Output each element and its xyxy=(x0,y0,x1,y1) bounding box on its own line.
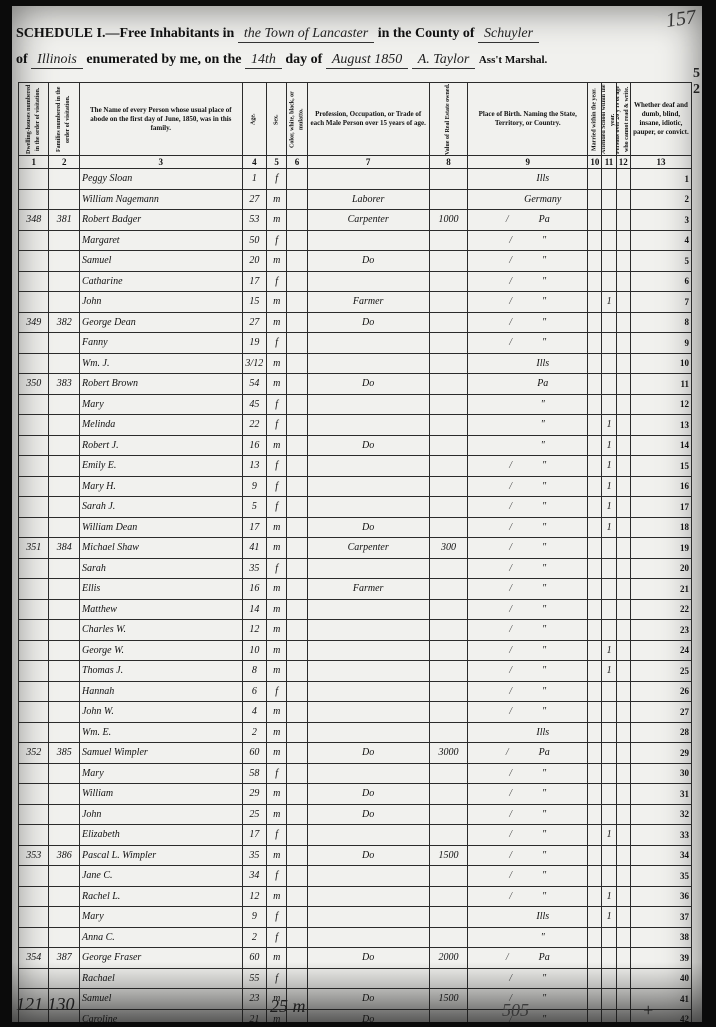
row-real-estate xyxy=(429,435,468,456)
row-occupation xyxy=(307,722,429,743)
check-mark: / xyxy=(509,686,512,697)
row-color xyxy=(287,230,307,251)
line-number: 15 xyxy=(680,461,689,471)
row-dwelling-number xyxy=(19,907,49,928)
row-occupation: Do xyxy=(307,312,429,333)
table-row: 350383Robert Brown54mDoPa11 xyxy=(19,374,692,395)
row-person-name: William Dean xyxy=(79,517,242,538)
check-mark: / xyxy=(509,337,512,348)
row-occupation: Do xyxy=(307,743,429,764)
row-dwelling-number xyxy=(19,517,49,538)
row-age: 10 xyxy=(242,640,266,661)
check-mark: / xyxy=(509,665,512,676)
row-color xyxy=(287,558,307,579)
row-occupation xyxy=(307,271,429,292)
row-illiterate xyxy=(616,189,630,210)
schedule-label: SCHEDULE I.—Free Inhabitants in xyxy=(16,26,234,41)
row-real-estate xyxy=(429,1009,468,1022)
row-condition: 7 xyxy=(630,292,691,313)
row-person-name: Elizabeth xyxy=(79,825,242,846)
line-number: 12 xyxy=(680,399,689,409)
row-birthplace: " xyxy=(468,435,588,456)
row-school xyxy=(602,845,616,866)
row-married xyxy=(588,640,602,661)
row-age: 29 xyxy=(242,784,266,805)
enumerator-value: A. Taylor xyxy=(412,52,476,69)
row-condition: 36 xyxy=(630,886,691,907)
row-occupation xyxy=(307,763,429,784)
row-occupation: Carpenter xyxy=(307,538,429,559)
row-condition: 40 xyxy=(630,968,691,989)
row-real-estate xyxy=(429,558,468,579)
col-header-name: The Name of every Person whose usual pla… xyxy=(79,83,242,156)
row-birthplace: " xyxy=(468,927,588,948)
table-row: William29mDo/"31 xyxy=(19,784,692,805)
row-illiterate xyxy=(616,230,630,251)
row-family-number xyxy=(49,661,79,682)
row-school xyxy=(602,784,616,805)
line-number: 27 xyxy=(680,707,689,717)
row-sex: m xyxy=(267,948,287,969)
row-dwelling-number xyxy=(19,497,49,518)
row-married xyxy=(588,927,602,948)
row-sex: m xyxy=(267,251,287,272)
row-real-estate: 1500 xyxy=(429,989,468,1010)
census-rows: Peggy Sloan1fIlls1William Nagemann27mLab… xyxy=(19,169,692,1023)
col-header-dwelling: Dwelling-houses numbered in the order of… xyxy=(19,83,49,156)
row-birthplace: /" xyxy=(468,251,588,272)
enumeration-line: of Illinois enumerated by me, on the 14t… xyxy=(16,52,547,69)
row-birthplace: " xyxy=(468,394,588,415)
row-sex: m xyxy=(267,722,287,743)
row-family-number xyxy=(49,825,79,846)
row-dwelling-number xyxy=(19,640,49,661)
line-number: 11 xyxy=(680,379,689,389)
col-header-condition: Whether deaf and dumb, blind, insane, id… xyxy=(630,83,691,156)
line-number: 38 xyxy=(680,932,689,942)
row-married xyxy=(588,292,602,313)
col-num: 13 xyxy=(630,156,691,169)
row-real-estate: 300 xyxy=(429,538,468,559)
birthplace-text: " xyxy=(542,1014,546,1022)
row-age: 23 xyxy=(242,989,266,1010)
row-sex: m xyxy=(267,312,287,333)
row-condition: 28 xyxy=(630,722,691,743)
line-number: 35 xyxy=(680,871,689,881)
birthplace-text: " xyxy=(542,624,546,635)
row-age: 6 xyxy=(242,681,266,702)
line-number: 28 xyxy=(680,727,689,737)
row-birthplace: /" xyxy=(468,702,588,723)
row-condition: 2 xyxy=(630,189,691,210)
row-person-name: John xyxy=(79,292,242,313)
row-dwelling-number xyxy=(19,333,49,354)
line-number: 22 xyxy=(680,604,689,614)
row-school xyxy=(602,579,616,600)
col-header-married: Married within the year. xyxy=(588,83,602,156)
birthplace-text: " xyxy=(542,788,546,799)
row-family-number xyxy=(49,866,79,887)
row-dwelling-number xyxy=(19,456,49,477)
row-illiterate xyxy=(616,989,630,1010)
row-occupation: Carpenter xyxy=(307,210,429,231)
row-dwelling-number xyxy=(19,722,49,743)
row-sex: m xyxy=(267,804,287,825)
row-real-estate xyxy=(429,599,468,620)
row-person-name: Charles W. xyxy=(79,620,242,641)
row-real-estate xyxy=(429,927,468,948)
row-color xyxy=(287,866,307,887)
check-mark: / xyxy=(506,214,509,225)
row-dwelling-number xyxy=(19,681,49,702)
row-birthplace: /" xyxy=(468,517,588,538)
row-real-estate: 1500 xyxy=(429,845,468,866)
line-number: 33 xyxy=(680,830,689,840)
row-family-number xyxy=(49,722,79,743)
row-illiterate xyxy=(616,517,630,538)
birthplace-text: " xyxy=(542,665,546,676)
row-color xyxy=(287,271,307,292)
row-birthplace: /" xyxy=(468,476,588,497)
row-person-name: Sarah xyxy=(79,558,242,579)
row-school xyxy=(602,230,616,251)
check-mark: / xyxy=(506,952,509,963)
row-occupation xyxy=(307,599,429,620)
row-sex: f xyxy=(267,907,287,928)
col-num: 7 xyxy=(307,156,429,169)
row-birthplace: /" xyxy=(468,845,588,866)
row-birthplace: /Pa xyxy=(468,948,588,969)
table-row: Wm. E.2mIlls28 xyxy=(19,722,692,743)
row-dwelling-number xyxy=(19,271,49,292)
table-row: 352385Samuel Wimpler60mDo3000/Pa29 xyxy=(19,743,692,764)
row-sex: m xyxy=(267,886,287,907)
row-sex: f xyxy=(267,394,287,415)
line-number: 39 xyxy=(680,953,689,963)
row-condition: 30 xyxy=(630,763,691,784)
birthplace-text: " xyxy=(542,481,546,492)
row-birthplace: /" xyxy=(468,763,588,784)
col-header-birthplace: Place of Birth. Naming the State, Territ… xyxy=(468,83,588,156)
row-person-name: Pascal L. Wimpler xyxy=(79,845,242,866)
row-sex: m xyxy=(267,640,287,661)
row-sex: m xyxy=(267,292,287,313)
row-occupation xyxy=(307,415,429,436)
table-row: Sarah35f/"20 xyxy=(19,558,692,579)
row-birthplace: Ills xyxy=(468,722,588,743)
table-row: Hannah6f/"26 xyxy=(19,681,692,702)
row-married xyxy=(588,333,602,354)
row-illiterate xyxy=(616,845,630,866)
row-illiterate xyxy=(616,681,630,702)
col-num: 2 xyxy=(49,156,79,169)
column-numbers: 1 2 3 4 5 6 7 8 9 10 11 12 13 xyxy=(19,156,692,169)
row-age: 4 xyxy=(242,702,266,723)
birthplace-text: " xyxy=(542,993,546,1004)
check-mark: / xyxy=(509,276,512,287)
table-row: John25mDo/"32 xyxy=(19,804,692,825)
row-school xyxy=(602,804,616,825)
row-occupation xyxy=(307,886,429,907)
birthplace-text: " xyxy=(542,563,546,574)
row-married xyxy=(588,907,602,928)
row-real-estate xyxy=(429,579,468,600)
row-birthplace: /" xyxy=(468,661,588,682)
row-illiterate xyxy=(616,456,630,477)
row-person-name: Robert J. xyxy=(79,435,242,456)
row-married xyxy=(588,312,602,333)
row-birthplace: " xyxy=(468,415,588,436)
row-age: 19 xyxy=(242,333,266,354)
table-row: Thomas J.8m/"125 xyxy=(19,661,692,682)
row-married xyxy=(588,702,602,723)
row-illiterate xyxy=(616,1009,630,1022)
row-married xyxy=(588,681,602,702)
row-sex: f xyxy=(267,763,287,784)
row-color xyxy=(287,353,307,374)
row-condition: 18 xyxy=(630,517,691,538)
line-number: 4 xyxy=(685,235,690,245)
table-row: Wm. J.3/12mIlls10 xyxy=(19,353,692,374)
row-dwelling-number xyxy=(19,661,49,682)
county-value: Schuyler xyxy=(478,26,539,43)
row-school: 1 xyxy=(602,476,616,497)
row-color xyxy=(287,517,307,538)
row-school: 1 xyxy=(602,497,616,518)
check-mark: / xyxy=(509,481,512,492)
row-illiterate xyxy=(616,599,630,620)
row-married xyxy=(588,804,602,825)
row-sex: f xyxy=(267,558,287,579)
row-color xyxy=(287,292,307,313)
row-married xyxy=(588,251,602,272)
row-condition: 16 xyxy=(630,476,691,497)
table-row: Rachel L.12m/"136 xyxy=(19,886,692,907)
row-family-number xyxy=(49,599,79,620)
row-married xyxy=(588,1009,602,1022)
row-age: 22 xyxy=(242,415,266,436)
row-color xyxy=(287,640,307,661)
birthplace-text: Pa xyxy=(539,747,550,758)
row-sex: f xyxy=(267,415,287,436)
col-header-sex: Sex. xyxy=(267,83,287,156)
row-school xyxy=(602,251,616,272)
row-dwelling-number: 354 xyxy=(19,948,49,969)
row-age: 8 xyxy=(242,661,266,682)
row-occupation: Do xyxy=(307,948,429,969)
row-condition: 42 xyxy=(630,1009,691,1022)
row-real-estate xyxy=(429,825,468,846)
row-real-estate xyxy=(429,415,468,436)
birthplace-text: " xyxy=(542,604,546,615)
row-person-name: William xyxy=(79,784,242,805)
row-condition: 17 xyxy=(630,497,691,518)
row-family-number: 383 xyxy=(49,374,79,395)
row-occupation: Farmer xyxy=(307,579,429,600)
row-person-name: Thomas J. xyxy=(79,661,242,682)
line-number: 7 xyxy=(685,297,690,307)
row-real-estate: 2000 xyxy=(429,948,468,969)
row-school: 1 xyxy=(602,907,616,928)
row-sex: f xyxy=(267,169,287,190)
row-illiterate xyxy=(616,640,630,661)
row-person-name: Anna C. xyxy=(79,927,242,948)
row-dwelling-number xyxy=(19,702,49,723)
row-person-name: George Fraser xyxy=(79,948,242,969)
row-sex: m xyxy=(267,189,287,210)
row-age: 13 xyxy=(242,456,266,477)
row-sex: m xyxy=(267,743,287,764)
day-label: day of xyxy=(285,52,322,67)
birthplace-text: " xyxy=(542,645,546,656)
table-row: Fanny19f/"9 xyxy=(19,333,692,354)
col-num: 1 xyxy=(19,156,49,169)
row-sex: f xyxy=(267,476,287,497)
row-birthplace: /" xyxy=(468,866,588,887)
check-mark: / xyxy=(509,809,512,820)
row-age: 25 xyxy=(242,804,266,825)
line-number: 26 xyxy=(680,686,689,696)
row-birthplace: Pa xyxy=(468,374,588,395)
check-mark: / xyxy=(509,501,512,512)
column-headers: Dwelling-houses numbered in the order of… xyxy=(19,83,692,156)
row-color xyxy=(287,251,307,272)
row-dwelling-number xyxy=(19,927,49,948)
row-age: 20 xyxy=(242,251,266,272)
row-school xyxy=(602,538,616,559)
row-occupation xyxy=(307,661,429,682)
row-condition: 37 xyxy=(630,907,691,928)
row-condition: 35 xyxy=(630,866,691,887)
row-illiterate xyxy=(616,374,630,395)
row-occupation xyxy=(307,394,429,415)
line-number: 20 xyxy=(680,563,689,573)
row-dwelling-number xyxy=(19,353,49,374)
col-header-occupation: Profession, Occupation, or Trade of each… xyxy=(307,83,429,156)
row-illiterate xyxy=(616,968,630,989)
line-number: 42 xyxy=(680,1014,689,1022)
line-number: 40 xyxy=(680,973,689,983)
row-family-number xyxy=(49,415,79,436)
row-dwelling-number xyxy=(19,866,49,887)
table-row: 351384Michael Shaw41mCarpenter300/"19 xyxy=(19,538,692,559)
row-color xyxy=(287,497,307,518)
col-header-age: Age. xyxy=(242,83,266,156)
birthplace-text: " xyxy=(542,255,546,266)
row-illiterate xyxy=(616,394,630,415)
row-school xyxy=(602,743,616,764)
row-sex: m xyxy=(267,210,287,231)
row-sex: m xyxy=(267,435,287,456)
line-number: 23 xyxy=(680,625,689,635)
row-person-name: Matthew xyxy=(79,599,242,620)
row-dwelling-number xyxy=(19,579,49,600)
row-real-estate xyxy=(429,456,468,477)
row-occupation xyxy=(307,907,429,928)
row-birthplace: /" xyxy=(468,681,588,702)
row-person-name: John xyxy=(79,804,242,825)
row-condition: 3 xyxy=(630,210,691,231)
row-married xyxy=(588,743,602,764)
row-illiterate xyxy=(616,866,630,887)
row-school xyxy=(602,1009,616,1022)
row-sex: m xyxy=(267,517,287,538)
row-real-estate xyxy=(429,374,468,395)
table-row: Anna C.2f"38 xyxy=(19,927,692,948)
footer-tally-left: 121 130 xyxy=(16,994,75,1015)
row-condition: 13 xyxy=(630,415,691,436)
row-school: 1 xyxy=(602,640,616,661)
row-age: 34 xyxy=(242,866,266,887)
row-school xyxy=(602,866,616,887)
line-number: 8 xyxy=(685,317,690,327)
birthplace-text: Ills xyxy=(536,911,549,922)
birthplace-text: " xyxy=(542,501,546,512)
row-person-name: Fanny xyxy=(79,333,242,354)
row-color xyxy=(287,722,307,743)
col-num: 3 xyxy=(79,156,242,169)
row-school xyxy=(602,394,616,415)
check-mark: / xyxy=(509,583,512,594)
birthplace-text: " xyxy=(542,317,546,328)
check-mark: / xyxy=(509,460,512,471)
row-person-name: Jane C. xyxy=(79,866,242,887)
row-real-estate xyxy=(429,292,468,313)
col-num: 8 xyxy=(429,156,468,169)
row-illiterate xyxy=(616,435,630,456)
row-age: 12 xyxy=(242,620,266,641)
check-mark: / xyxy=(506,747,509,758)
row-color xyxy=(287,907,307,928)
row-family-number xyxy=(49,517,79,538)
row-birthplace: /Pa xyxy=(468,210,588,231)
row-condition: 27 xyxy=(630,702,691,723)
table-row: John W.4m/"27 xyxy=(19,702,692,723)
row-illiterate xyxy=(616,825,630,846)
row-married xyxy=(588,456,602,477)
line-number: 21 xyxy=(680,584,689,594)
row-person-name: Catharine xyxy=(79,271,242,292)
row-dwelling-number xyxy=(19,476,49,497)
col-num: 4 xyxy=(242,156,266,169)
row-color xyxy=(287,845,307,866)
row-person-name: Hannah xyxy=(79,681,242,702)
row-person-name: Margaret xyxy=(79,230,242,251)
row-occupation: Laborer xyxy=(307,189,429,210)
col-num: 5 xyxy=(267,156,287,169)
row-birthplace: /" xyxy=(468,497,588,518)
line-number: 29 xyxy=(680,748,689,758)
row-condition: 39 xyxy=(630,948,691,969)
row-birthplace: /" xyxy=(468,558,588,579)
row-condition: 41 xyxy=(630,989,691,1010)
row-real-estate xyxy=(429,394,468,415)
table-row: 353386Pascal L. Wimpler35mDo1500/"34 xyxy=(19,845,692,866)
row-family-number xyxy=(49,230,79,251)
row-color xyxy=(287,476,307,497)
row-illiterate xyxy=(616,476,630,497)
row-occupation xyxy=(307,333,429,354)
birthplace-text: " xyxy=(542,522,546,533)
row-school xyxy=(602,169,616,190)
line-number: 25 xyxy=(680,666,689,676)
table-row: 354387George Fraser60mDo2000/Pa39 xyxy=(19,948,692,969)
row-dwelling-number xyxy=(19,763,49,784)
row-married xyxy=(588,989,602,1010)
row-real-estate xyxy=(429,517,468,538)
row-color xyxy=(287,374,307,395)
row-occupation: Do xyxy=(307,374,429,395)
